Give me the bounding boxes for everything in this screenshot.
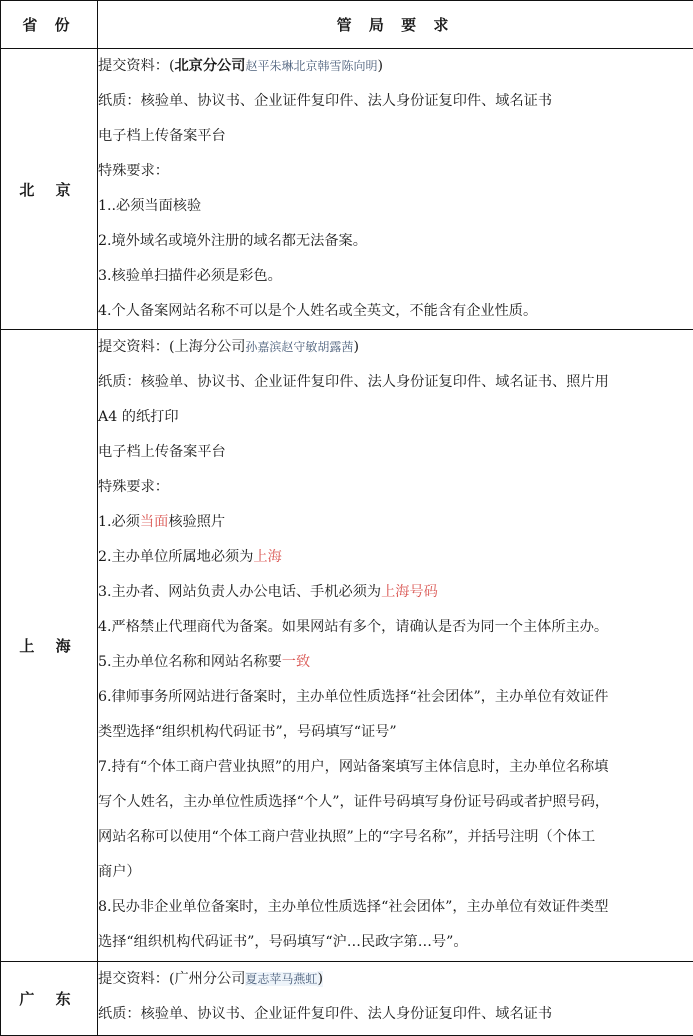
- requirement-item: 1..必须当面核验: [98, 189, 693, 224]
- paper-line: 纸质：核验单、协议书、企业证件复印件、法人身份证复印件、域名证书: [98, 997, 693, 1032]
- table-row-shanghai: 上 海 提交资料：(上海分公司孙嘉滨赵守敏胡露茜) 纸质：核验单、协议书、企业证…: [1, 330, 693, 962]
- requirement-item-cont: 商户）: [98, 855, 693, 890]
- highlight-text: 当面: [140, 514, 168, 530]
- province-beijing: 北 京: [1, 49, 98, 330]
- requirement-item-cont: 写个人姓名，主办单位性质选择“个人”，证件号码填写身份证号码或者护照号码，: [98, 785, 693, 820]
- requirements-beijing: 提交资料：(北京分公司赵平朱琳北京韩雪陈向明) 纸质：核验单、协议书、企业证件复…: [98, 49, 693, 330]
- requirement-item: 4.个人备案网站名称不可以是个人姓名或全英文，不能含有企业性质。: [98, 294, 693, 329]
- submit-line: 提交资料：(广州分公司夏志苹马燕虹): [98, 962, 693, 997]
- highlight-text: 上海号码: [381, 584, 438, 600]
- item-text: 2.主办单位所属地必须为: [98, 549, 253, 565]
- requirement-item: 4.严格禁止代理商代为备案。如果网站有多个，请确认是否为同一个主体所主办。: [98, 610, 693, 645]
- highlight-text: 一致: [282, 654, 310, 670]
- requirement-item: 6.律师事务所网站进行备案时，主办单位性质选择“社会团体”，主办单位有效证件: [98, 680, 693, 715]
- requirement-item-cont: 选择“组织机构代码证书”，号码填写“沪…民政字第…号”。: [98, 925, 693, 960]
- item-text: 5.主办单位名称和网站名称要: [98, 654, 282, 670]
- requirement-item: 1.必须当面核验照片: [98, 505, 693, 540]
- header-province: 省 份: [1, 1, 98, 49]
- submit-label: 提交资料：(广州分公司: [98, 971, 245, 987]
- requirement-item: 8.民办非企业单位备案时，主办单位性质选择“社会团体”，主办单位有效证件类型: [98, 890, 693, 925]
- table-header-row: 省 份 管 局 要 求: [1, 1, 693, 49]
- submit-suffix: ): [317, 971, 323, 987]
- upload-line: 电子档上传备案平台: [98, 435, 693, 470]
- contact-names: 夏志苹马燕虹: [245, 972, 317, 986]
- requirement-item-cont: 类型选择“组织机构代码证书”，号码填写“证号”: [98, 715, 693, 750]
- item-text: 3.主办者、网站负责人办公电话、手机必须为: [98, 584, 381, 600]
- requirement-item: 7.持有“个体工商户营业执照”的用户，网站备案填写主体信息时，主办单位名称填: [98, 750, 693, 785]
- requirements-shanghai: 提交资料：(上海分公司孙嘉滨赵守敏胡露茜) 纸质：核验单、协议书、企业证件复印件…: [98, 330, 693, 962]
- submit-line: 提交资料：(上海分公司孙嘉滨赵守敏胡露茜): [98, 330, 693, 365]
- submit-label: 提交资料：(: [98, 58, 174, 74]
- requirement-item: 3.主办者、网站负责人办公电话、手机必须为上海号码: [98, 575, 693, 610]
- requirement-item-cont: 网站名称可以使用“个体工商户营业执照”上的“字号名称”，并括号注明（个体工: [98, 820, 693, 855]
- upload-line: 电子档上传备案平台: [98, 119, 693, 154]
- item-text: 1.必须: [98, 514, 140, 530]
- paper-line-cont: A4 的纸打印: [98, 400, 693, 435]
- province-guangdong: 广 东: [1, 962, 98, 1036]
- paper-line: 纸质：核验单、协议书、企业证件复印件、法人身份证复印件、域名证书、照片用: [98, 365, 693, 400]
- submit-suffix: ): [377, 58, 383, 74]
- requirement-item: 5.主办单位名称和网站名称要一致: [98, 645, 693, 680]
- requirements-guangdong: 提交资料：(广州分公司夏志苹马燕虹) 纸质：核验单、协议书、企业证件复印件、法人…: [98, 962, 693, 1036]
- requirement-item: 2.境外域名或境外注册的域名都无法备案。: [98, 224, 693, 259]
- special-label: 特殊要求：: [98, 154, 693, 189]
- special-label: 特殊要求：: [98, 470, 693, 505]
- highlight-text: 上海: [253, 549, 281, 565]
- submit-line: 提交资料：(北京分公司赵平朱琳北京韩雪陈向明): [98, 49, 693, 84]
- table-row-beijing: 北 京 提交资料：(北京分公司赵平朱琳北京韩雪陈向明) 纸质：核验单、协议书、企…: [1, 49, 693, 330]
- submit-label: 提交资料：(上海分公司: [98, 339, 245, 355]
- header-requirements: 管 局 要 求: [98, 1, 693, 49]
- province-shanghai: 上 海: [1, 330, 98, 962]
- submit-suffix: ): [353, 339, 359, 355]
- requirement-item: 3.核验单扫描件必须是彩色。: [98, 259, 693, 294]
- contact-names: 孙嘉滨赵守敏胡露茜: [245, 340, 353, 354]
- table-row-guangdong: 广 东 提交资料：(广州分公司夏志苹马燕虹) 纸质：核验单、协议书、企业证件复印…: [1, 962, 693, 1036]
- requirement-item: 2.主办单位所属地必须为上海: [98, 540, 693, 575]
- submit-company: 北京分公司: [174, 58, 245, 74]
- paper-line: 纸质：核验单、协议书、企业证件复印件、法人身份证复印件、域名证书: [98, 84, 693, 119]
- requirements-table: 省 份 管 局 要 求 北 京 提交资料：(北京分公司赵平朱琳北京韩雪陈向明) …: [0, 0, 693, 1036]
- contact-names: 赵平朱琳北京韩雪陈向明: [245, 59, 377, 73]
- item-text: 核验照片: [168, 514, 225, 530]
